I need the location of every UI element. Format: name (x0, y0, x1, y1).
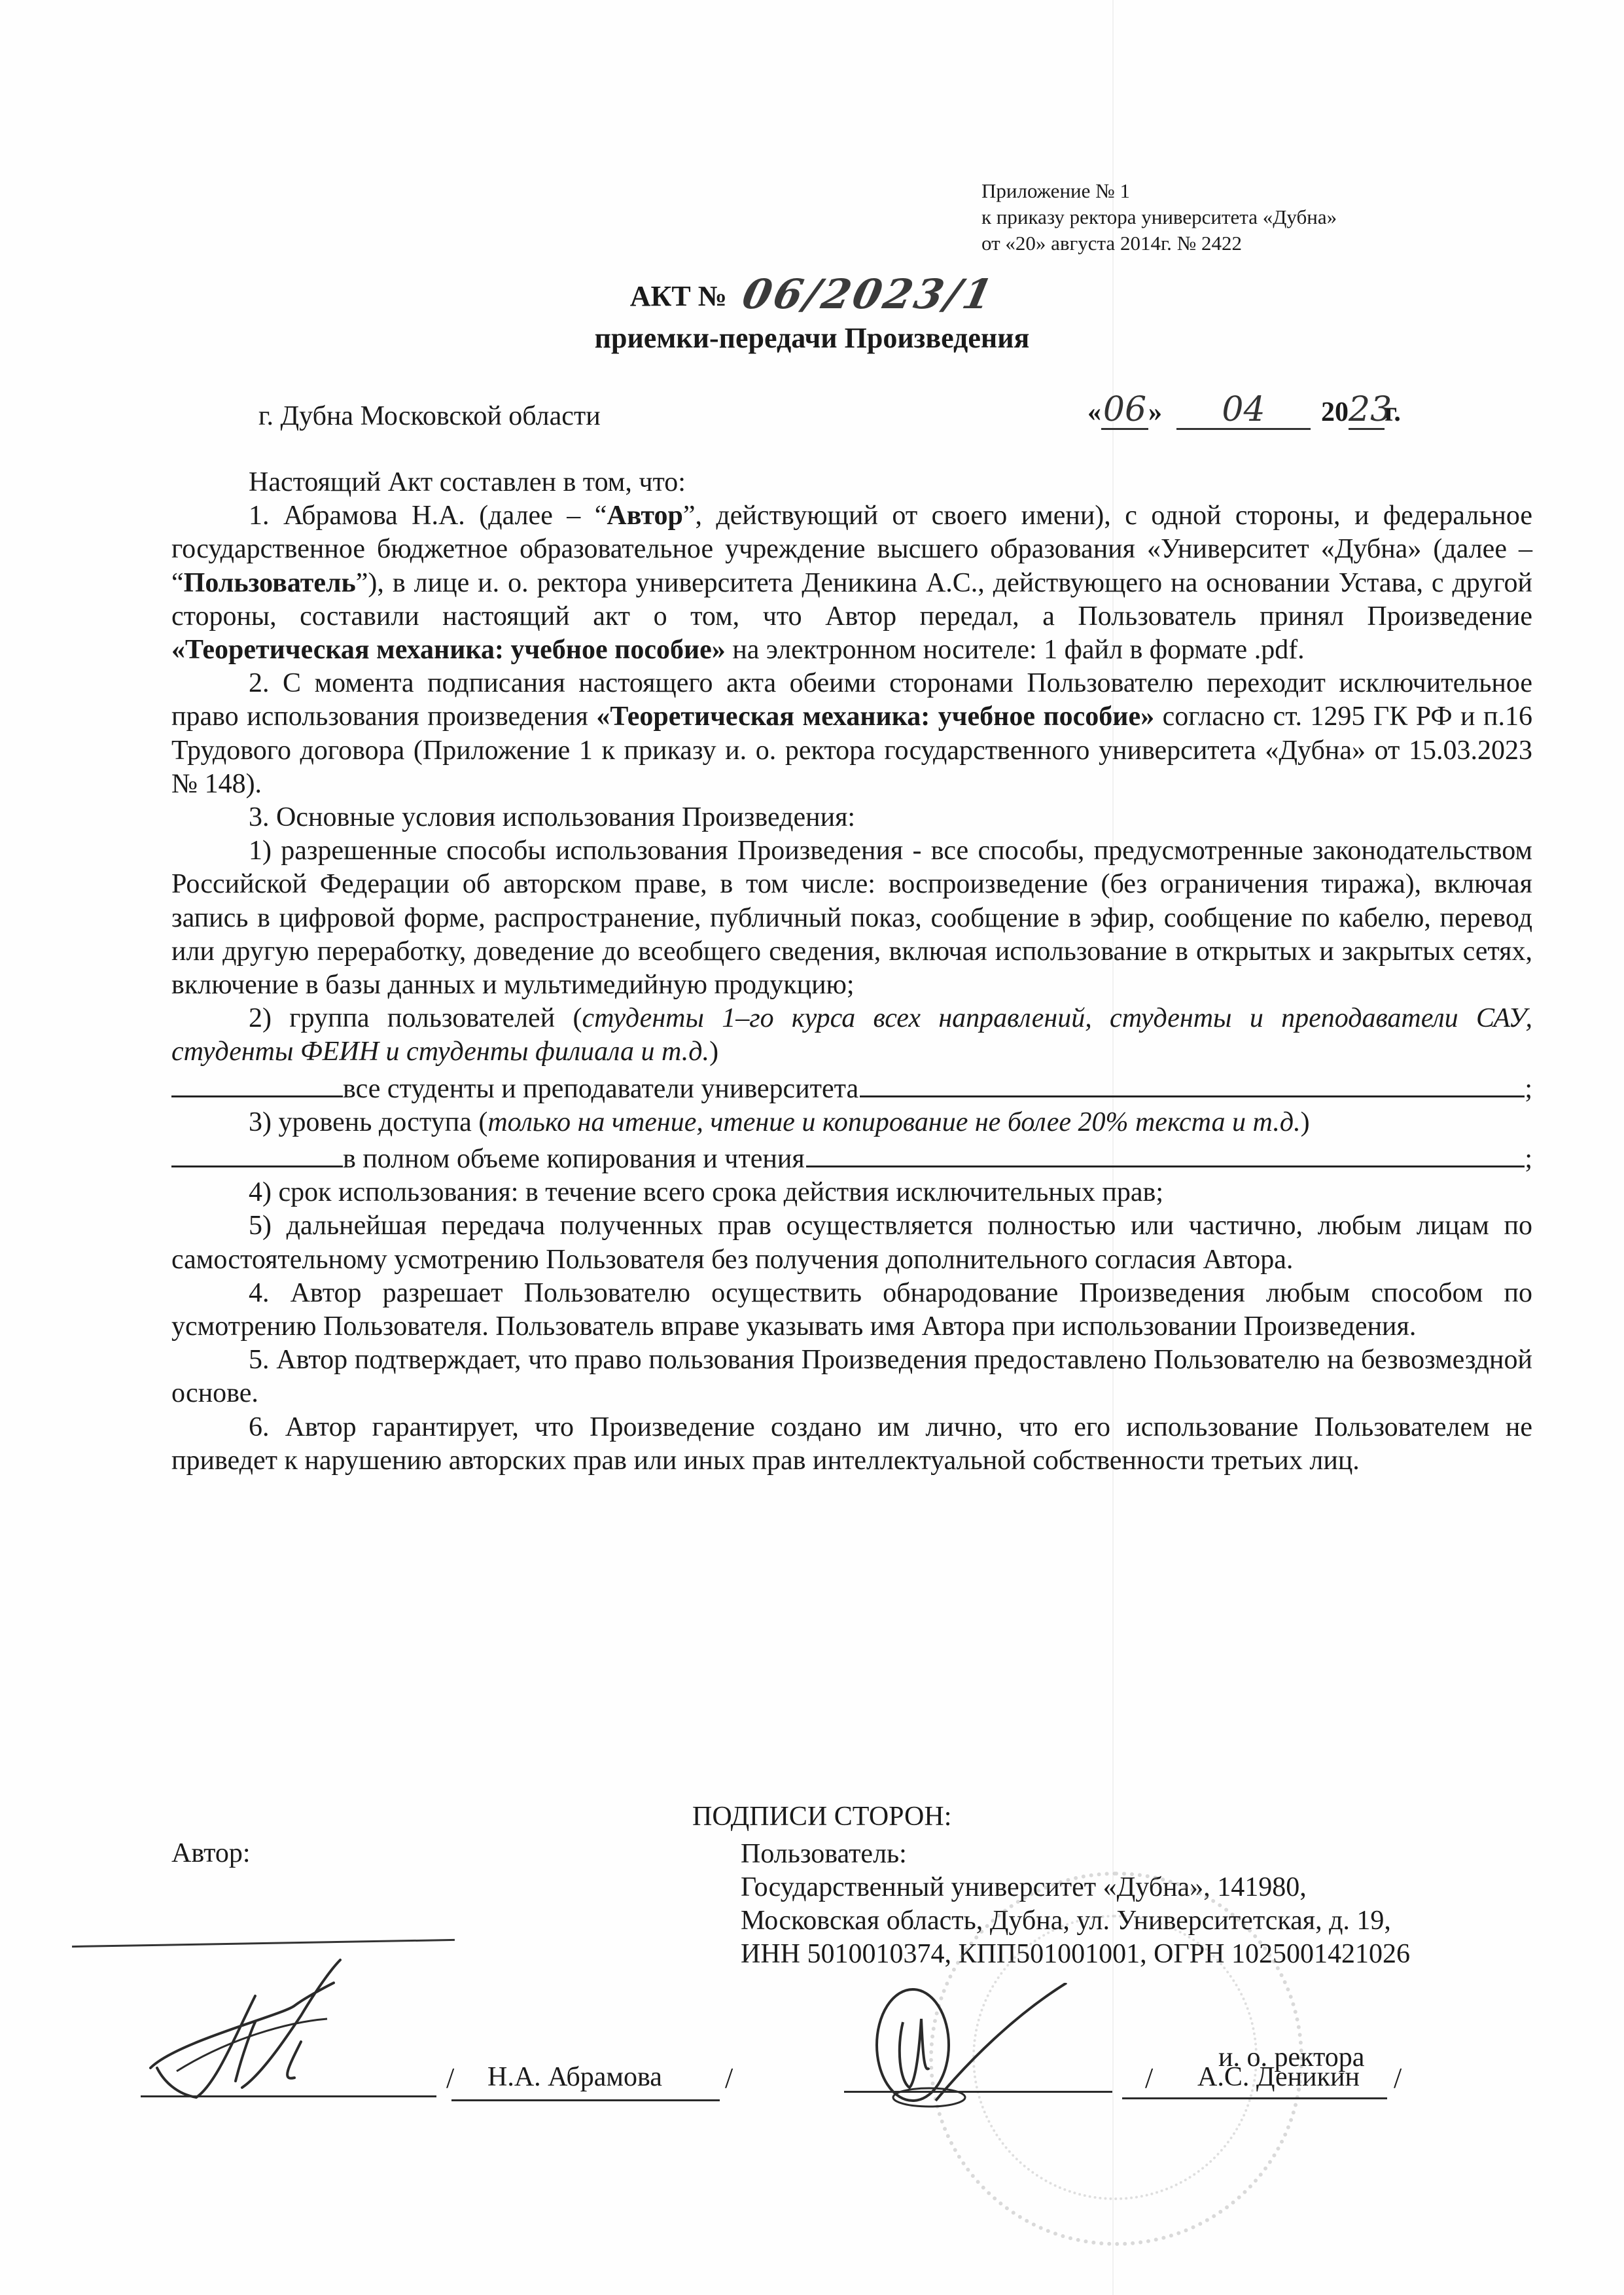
user-group-field: все студенты и преподаватели университет… (171, 1069, 1532, 1106)
author-name-line (451, 2099, 720, 2101)
clause-4: 4. Автор разрешает Пользователю осуществ… (171, 1277, 1532, 1343)
access-level-value: в полном объеме копирования и чтения (343, 1143, 805, 1176)
date-open-quote: « (1087, 397, 1101, 427)
document-date: «06»042023г. (1087, 391, 1401, 430)
signatures-header: ПОДПИСИ СТОРОН: (692, 1801, 951, 1832)
act-subtitle: приемки-передачи Произведения (0, 319, 1624, 358)
blank-line (860, 1069, 1525, 1097)
clause-3-3-label: 3) уровень доступа ( (249, 1107, 487, 1137)
document-page: Приложение № 1 к приказу ректора универс… (0, 0, 1624, 2295)
blank-line (171, 1069, 343, 1097)
clause-3-heading: 3. Основные условия использования Произв… (171, 801, 1532, 834)
rector-signature (864, 1983, 1086, 2114)
blank-line (806, 1139, 1525, 1167)
date-year-handwritten: 23 (1349, 391, 1385, 430)
semicolon: ; (1525, 1143, 1532, 1176)
date-year-suffix-label: г. (1385, 397, 1401, 427)
clause-3-2: 2) группа пользователей (студенты 1–го к… (171, 1002, 1532, 1069)
user-group-value: все студенты и преподаватели университет… (343, 1073, 858, 1106)
semicolon: ; (1525, 1073, 1532, 1106)
clause-3-5: 5) дальнейшая передача полученных прав о… (171, 1209, 1532, 1276)
author-label: Автор: (171, 1838, 251, 1869)
appendix-line-2: к приказу ректора университета «Дубна» (981, 204, 1337, 230)
author-slash-right: / (725, 2061, 733, 2095)
clause-3-2-close: ) (709, 1037, 718, 1067)
clause-5: 5. Автор подтверждает, что право пользов… (171, 1343, 1532, 1410)
clause-1-text-d: на электронном носителе: 1 файл в формат… (726, 635, 1305, 665)
place-of-signing: г. Дубна Московской области (258, 400, 601, 432)
act-number-handwritten: 06/2023/1 (739, 275, 998, 314)
author-signature-line (141, 2095, 436, 2097)
intro-paragraph: Настоящий Акт составлен в том, что: (171, 466, 1532, 499)
rector-slash-right: / (1394, 2061, 1402, 2095)
clause-6: 6. Автор гарантирует, что Произведение с… (171, 1411, 1532, 1478)
clause-1-text-c: ”), в лице и. о. ректора университета Де… (171, 568, 1532, 632)
user-term: Пользователь (184, 568, 356, 598)
user-label: Пользователь: (741, 1838, 1410, 1871)
clause-3-4: 4) срок использования: в течение всего с… (171, 1176, 1532, 1209)
clause-3-2-label: 2) группа пользователей ( (249, 1003, 582, 1033)
clause-1-text-a: 1. Абрамова Н.А. (далее – “ (249, 501, 607, 531)
author-slash-left: / (446, 2061, 454, 2095)
date-month-handwritten: 04 (1176, 391, 1311, 430)
rector-signature-line (844, 2091, 1112, 2093)
appendix-line-1: Приложение № 1 (981, 178, 1337, 204)
clause-2: 2. С момента подписания настоящего акта … (171, 667, 1532, 801)
blank-line (171, 1139, 343, 1167)
author-term: Автор (607, 501, 682, 531)
author-name: Н.А. Абрамова (487, 2061, 662, 2093)
document-title: АКТ № 06/2023/1 приемки-передачи Произве… (0, 275, 1624, 358)
clause-1: 1. Абрамова Н.А. (далее – “Автор”, дейст… (171, 499, 1532, 667)
document-body: Настоящий Акт составлен в том, что: 1. А… (171, 466, 1532, 1478)
work-title: «Теоретическая механика: учебное пособие… (171, 635, 726, 665)
date-day-handwritten: 06 (1101, 391, 1148, 430)
author-signature (137, 1957, 451, 2127)
clause-3-3-hint: только на чтение, чтение и копирование н… (487, 1107, 1300, 1137)
appendix-reference: Приложение № 1 к приказу ректора универс… (981, 178, 1337, 257)
date-close-quote: » (1148, 397, 1162, 427)
act-title-line: АКТ № 06/2023/1 (0, 275, 1624, 316)
rector-name: А.С. Деникин (1197, 2061, 1360, 2093)
author-blank-line (72, 1939, 455, 1948)
clause-3-3-close: ) (1301, 1107, 1310, 1137)
rector-name-line (1122, 2097, 1387, 2099)
clause-3-1: 1) разрешенные способы использования Про… (171, 834, 1532, 1002)
clause-3-3: 3) уровень доступа (только на чтение, чт… (171, 1106, 1532, 1139)
act-label: АКТ № (630, 280, 727, 312)
access-level-field: в полном объеме копирования и чтения ; (171, 1139, 1532, 1176)
date-year-prefix: 20 (1321, 397, 1349, 427)
work-title: «Теоретическая механика: учебное пособие… (596, 702, 1154, 732)
rector-slash-left: / (1145, 2061, 1153, 2095)
appendix-line-3: от «20» августа 2014г. № 2422 (981, 230, 1337, 257)
